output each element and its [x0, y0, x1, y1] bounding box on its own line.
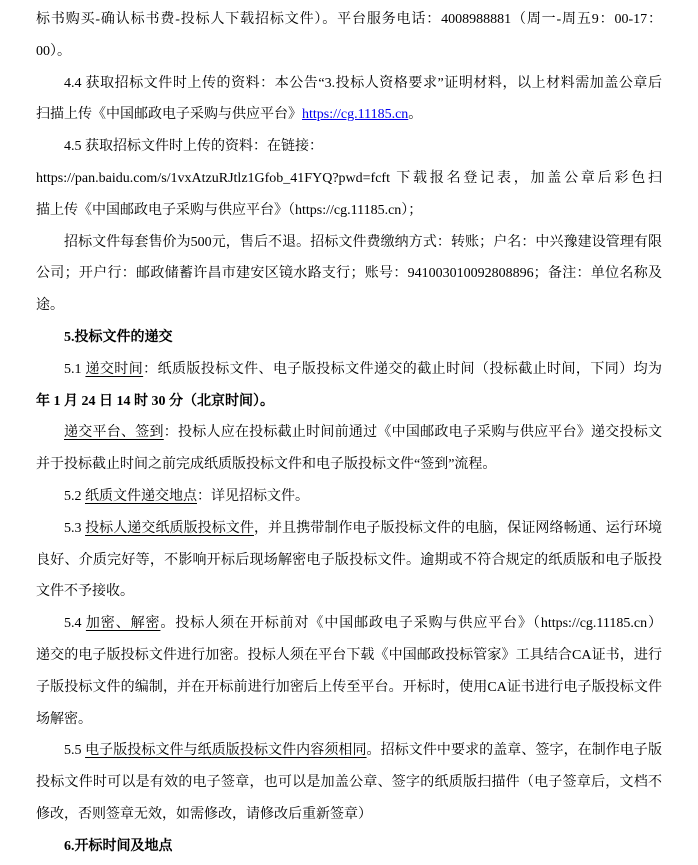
text-run: 子版投标文件的编制，并在开标前进行加密后上传至平台。开标时，使用CA证书进行电子…	[36, 680, 662, 704]
doc-line-clause-5-2: 5.2 纸质文件递交地点：详见招标文件。	[36, 481, 662, 513]
doc-line: 文件不予接收。	[36, 576, 662, 608]
document-page: 标书购买-确认标书费-投标人下载招标文件）。平台服务电话：4008988881（…	[0, 0, 698, 863]
underlined-phrase: 递交时间	[85, 362, 143, 377]
doc-line: 子版投标文件的编制，并在开标前进行加密后上传至平台。开标时，使用CA证书进行电子…	[36, 672, 662, 704]
text-run: 递交的电子版投标文件进行加密。投标人须在平台下载《中国邮政投标管家》工具结合CA…	[36, 648, 662, 672]
doc-line-deadline: 年 1 月 24 日 14 时 30 分（北京时间）。	[36, 386, 662, 418]
text-run: 。招标文件中要求的盖章、签字，在制作电子版	[367, 743, 662, 758]
text-run: 并于投标截止时间之前完成纸质版投标文件和电子版投标文件“签到”流程。	[36, 457, 496, 472]
heading-run: 6.开标时间及地点	[64, 839, 173, 854]
text-run: 5.5	[64, 743, 85, 758]
doc-line: 公司；开户行：邮政储蓄许昌市建安区镜水路支行；账号：94100301009280…	[36, 258, 662, 290]
doc-line: 递交的电子版投标文件进行加密。投标人须在平台下载《中国邮政投标管家》工具结合CA…	[36, 640, 662, 672]
text-run: https://pan.baidu.com/s/1vxAtzuRJtlz1Gfo…	[36, 171, 662, 186]
text-run: 公司；开户行：邮政储蓄许昌市建安区镜水路支行；账号：94100301009280…	[36, 266, 662, 290]
underlined-phrase: 纸质文件递交地点	[85, 489, 197, 504]
doc-line: 00）。	[36, 36, 662, 68]
doc-line: 投标文件时可以是有效的电子签章，也可以是加盖公章、签字的纸质版扫描件（电子签章后…	[36, 767, 662, 799]
text-run: 修改，否则签章无效，如需修改，请修改后重新签章）	[36, 807, 372, 822]
section-heading-6: 6.开标时间及地点	[36, 831, 662, 863]
doc-line-baidu-url: https://pan.baidu.com/s/1vxAtzuRJtlz1Gfo…	[36, 163, 662, 195]
doc-line-clause-5-5: 5.5 电子版投标文件与纸质版投标文件内容须相同。招标文件中要求的盖章、签字，在…	[36, 735, 662, 767]
text-run: 5.3	[64, 521, 85, 536]
text-run: 00）。	[36, 44, 71, 59]
text-run: 投标文件时可以是有效的电子签章，也可以是加盖公章、签字的纸质版扫描件（电子签章后…	[36, 775, 662, 799]
doc-line: 良好、介质完好等，不影响开标后现场解密电子版投标文件。逾期或不符合规定的纸质版和…	[36, 545, 662, 577]
text-run: 标书购买-确认标书费-投标人下载招标文件）。平台服务电话：4008988881（…	[36, 12, 662, 27]
doc-line: 场解密。	[36, 704, 662, 736]
text-run: 扫描上传《中国邮政电子采购与供应平台》	[36, 107, 302, 122]
text-run: 文件不予接收。	[36, 584, 134, 599]
underlined-phrase: 递交平台、签到	[64, 425, 164, 440]
underlined-phrase: 加密、解密	[86, 616, 161, 631]
text-run: ：纸质版投标文件、电子版投标文件递交的截止时间（投标截止时间，下同）均为	[143, 362, 662, 377]
section-heading-5: 5.投标文件的递交	[36, 322, 662, 354]
deadline-datetime: 年 1 月 24 日 14 时 30 分（北京时间）。	[36, 394, 274, 409]
text-run: 途。	[36, 298, 64, 313]
text-run: 5.4	[64, 616, 86, 631]
doc-line: 修改，否则签章无效，如需修改，请修改后重新签章）	[36, 799, 662, 831]
text-run: 5.2	[64, 489, 85, 504]
doc-line: 描上传《中国邮政电子采购与供应平台》（https://cg.11185.cn）；	[36, 195, 662, 227]
doc-line: 标书购买-确认标书费-投标人下载招标文件）。平台服务电话：4008988881（…	[36, 4, 662, 36]
text-run: 场解密。	[36, 712, 92, 727]
doc-line: 并于投标截止时间之前完成纸质版投标文件和电子版投标文件“签到”流程。	[36, 449, 662, 481]
doc-line: 扫描上传《中国邮政电子采购与供应平台》https://cg.11185.cn。	[36, 99, 662, 131]
cg-platform-link[interactable]: https://cg.11185.cn	[302, 107, 408, 122]
text-run: 。	[408, 107, 422, 122]
underlined-phrase: 电子版投标文件与纸质版投标文件内容须相同	[85, 743, 366, 758]
doc-line-clause-5-4: 5.4 加密、解密。投标人须在开标前对《中国邮政电子采购与供应平台》（https…	[36, 608, 662, 640]
text-run: 4.4 获取招标文件时上传的资料：本公告“3.投标人资格要求”证明材料，以上材料…	[64, 76, 662, 91]
text-run: 描上传《中国邮政电子采购与供应平台》（https://cg.11185.cn）；	[36, 203, 422, 218]
heading-run: 5.投标文件的递交	[64, 330, 173, 345]
doc-line-platform-signin: 递交平台、签到：投标人应在投标截止时间前通过《中国邮政电子采购与供应平台》递交投…	[36, 417, 662, 449]
text-run: 4.5 获取招标文件时上传的资料：在链接：	[64, 139, 323, 154]
doc-line-clause-5-3: 5.3 投标人递交纸质版投标文件，并且携带制作电子版投标文件的电脑，保证网络畅通…	[36, 513, 662, 545]
text-run: 良好、介质完好等，不影响开标后现场解密电子版投标文件。逾期或不符合规定的纸质版和…	[36, 553, 662, 577]
underlined-phrase: 投标人递交纸质版投标文件	[85, 521, 254, 536]
doc-line-clause-4-4: 4.4 获取招标文件时上传的资料：本公告“3.投标人资格要求”证明材料，以上材料…	[36, 68, 662, 100]
text-run: ：详见招标文件。	[197, 489, 309, 504]
text-run: ，并且携带制作电子版投标文件的电脑，保证网络畅通、运行环境	[254, 521, 662, 536]
doc-line-doc-price: 招标文件每套售价为500元，售后不退。招标文件费缴纳方式：转账；户名：中兴豫建设…	[36, 227, 662, 259]
text-run: 招标文件每套售价为500元，售后不退。招标文件费缴纳方式：转账；户名：中兴豫建设…	[64, 235, 662, 250]
text-run: 5.1	[64, 362, 85, 377]
doc-line: 途。	[36, 290, 662, 322]
text-run: 。投标人须在开标前对《中国邮政电子采购与供应平台》（https://cg.111…	[160, 616, 662, 631]
doc-line-clause-4-5: 4.5 获取招标文件时上传的资料：在链接：	[36, 131, 662, 163]
doc-line-clause-5-1: 5.1 递交时间：纸质版投标文件、电子版投标文件递交的截止时间（投标截止时间，下…	[36, 354, 662, 386]
